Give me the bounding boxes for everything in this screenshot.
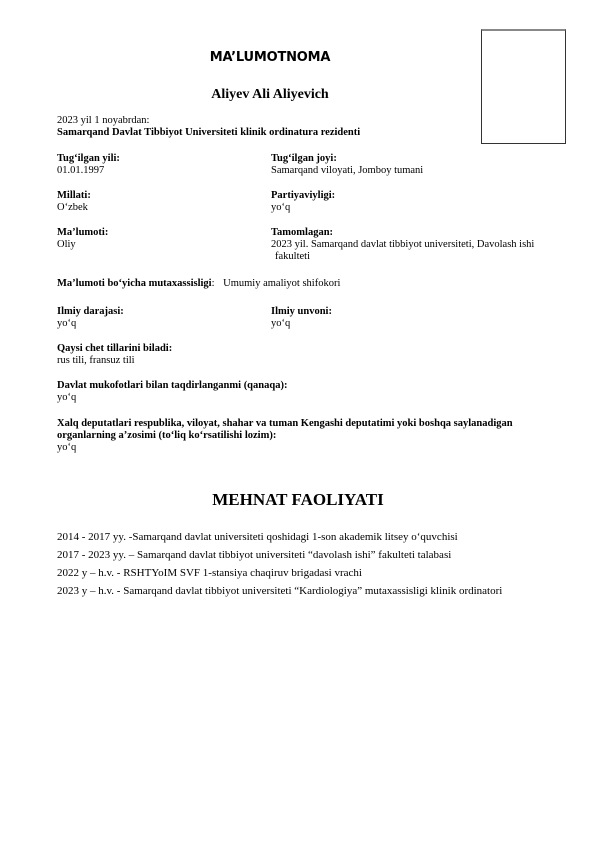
- degree-value: yo‘q: [57, 318, 76, 330]
- degree-label: Ilmiy darajasi:: [57, 306, 124, 318]
- photo-placeholder: [481, 29, 566, 144]
- current-position: Samarqand Davlat Tibbiyot Universiteti k…: [57, 127, 360, 139]
- work-entry: 2017 - 2023 yy. – Samarqand davlat tibbi…: [57, 549, 451, 562]
- languages-label: Qaysi chet tillarini biladi:: [57, 343, 172, 355]
- academic-title-value: yo‘q: [271, 318, 290, 330]
- document-title: MA’LUMOTNOMA: [150, 50, 390, 65]
- education-label: Ma’lumoti:: [57, 227, 108, 239]
- graduated-label: Tamomlagan:: [271, 227, 333, 239]
- work-entry: 2023 y – h.v. - Samarqand davlat tibbiyo…: [57, 585, 502, 598]
- awards-value: yo‘q: [57, 392, 76, 404]
- party-label: Partiyaviyligi:: [271, 190, 335, 202]
- academic-title-label: Ilmiy unvoni:: [271, 306, 332, 318]
- specialty-row: Ma’lumoti bo‘yicha mutaxassisligi: Umumi…: [57, 278, 340, 290]
- birth-place-value: Samarqand viloyati, Jomboy tumani: [271, 165, 423, 177]
- specialty-value: Umumiy amaliyot shifokori: [223, 278, 340, 289]
- work-history-title: MEHNAT FAOLIYATI: [0, 490, 596, 510]
- awards-label: Davlat mukofotlari bilan taqdirlanganmi …: [57, 380, 287, 392]
- education-value: Oliy: [57, 239, 76, 251]
- birth-year-value: 01.01.1997: [57, 165, 104, 177]
- work-entry: 2014 - 2017 yy. -Samarqand davlat univer…: [57, 531, 458, 544]
- deputy-value: yo‘q: [57, 442, 76, 454]
- deputy-label-line1: Xalq deputatlari respublika, viloyat, sh…: [57, 418, 513, 430]
- nationality-label: Millati:: [57, 190, 91, 202]
- person-name: Aliyev Ali Aliyevich: [150, 87, 390, 103]
- party-value: yo‘q: [271, 202, 290, 214]
- graduated-value-line1: 2023 yil. Samarqand davlat tibbiyot univ…: [271, 239, 534, 251]
- nationality-value: O‘zbek: [57, 202, 88, 214]
- work-entry: 2022 y – h.v. - RSHTYoIM SVF 1-stansiya …: [57, 567, 362, 580]
- graduated-value-line2: fakulteti: [275, 251, 310, 263]
- date-line: 2023 yil 1 noyabrdan:: [57, 115, 149, 127]
- deputy-label-line2: organlarning a’zosimi (to‘liq ko‘rsatili…: [57, 430, 276, 442]
- languages-value: rus tili, fransuz tili: [57, 355, 135, 367]
- specialty-colon: :: [212, 278, 215, 289]
- birth-year-label: Tug‘ilgan yili:: [57, 153, 120, 165]
- birth-place-label: Tug‘ilgan joyi:: [271, 153, 337, 165]
- specialty-label: Ma’lumoti bo‘yicha mutaxassisligi: [57, 278, 212, 289]
